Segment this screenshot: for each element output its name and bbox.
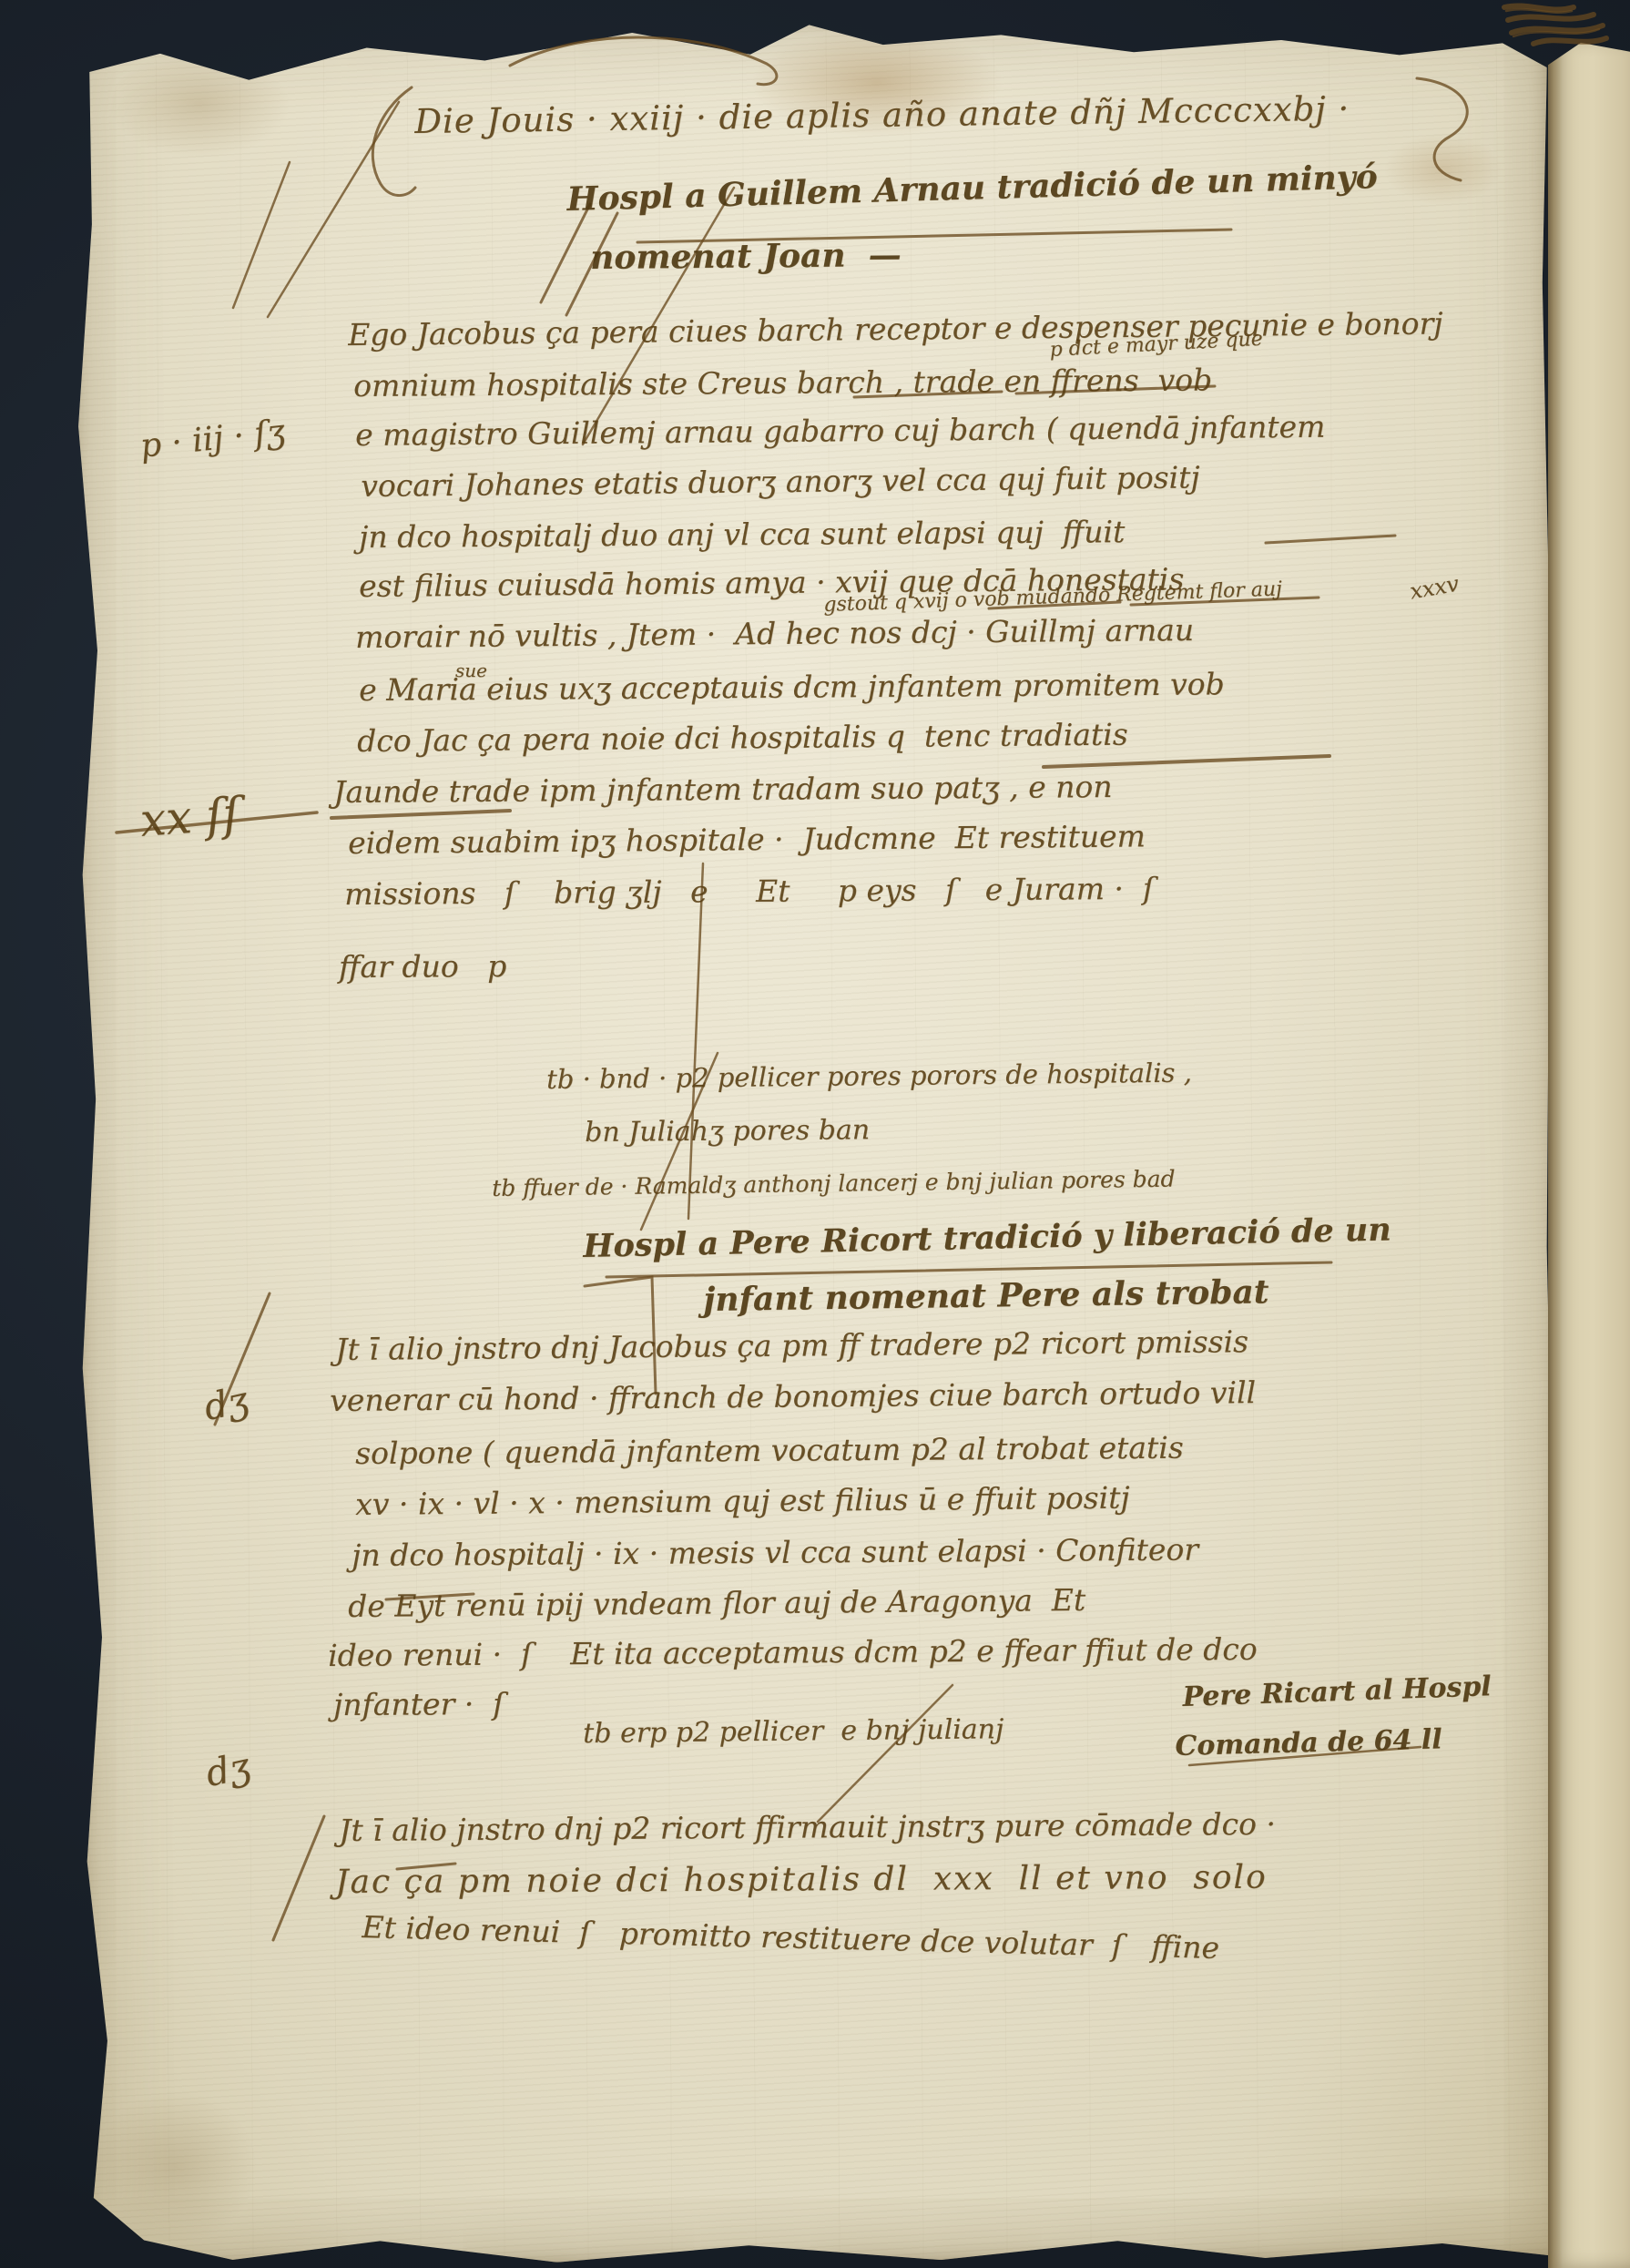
- archival-scan: { "page": { "background_color": "#1a212a…: [0, 0, 1630, 2268]
- manuscript-page: [71, 14, 1560, 2265]
- adjacent-page-edge: [1548, 38, 1630, 2268]
- paper-stain: [93, 2089, 258, 2245]
- ink-stain: [740, 23, 1014, 143]
- ink-stain: [1383, 132, 1502, 206]
- paper-stain: [108, 49, 291, 159]
